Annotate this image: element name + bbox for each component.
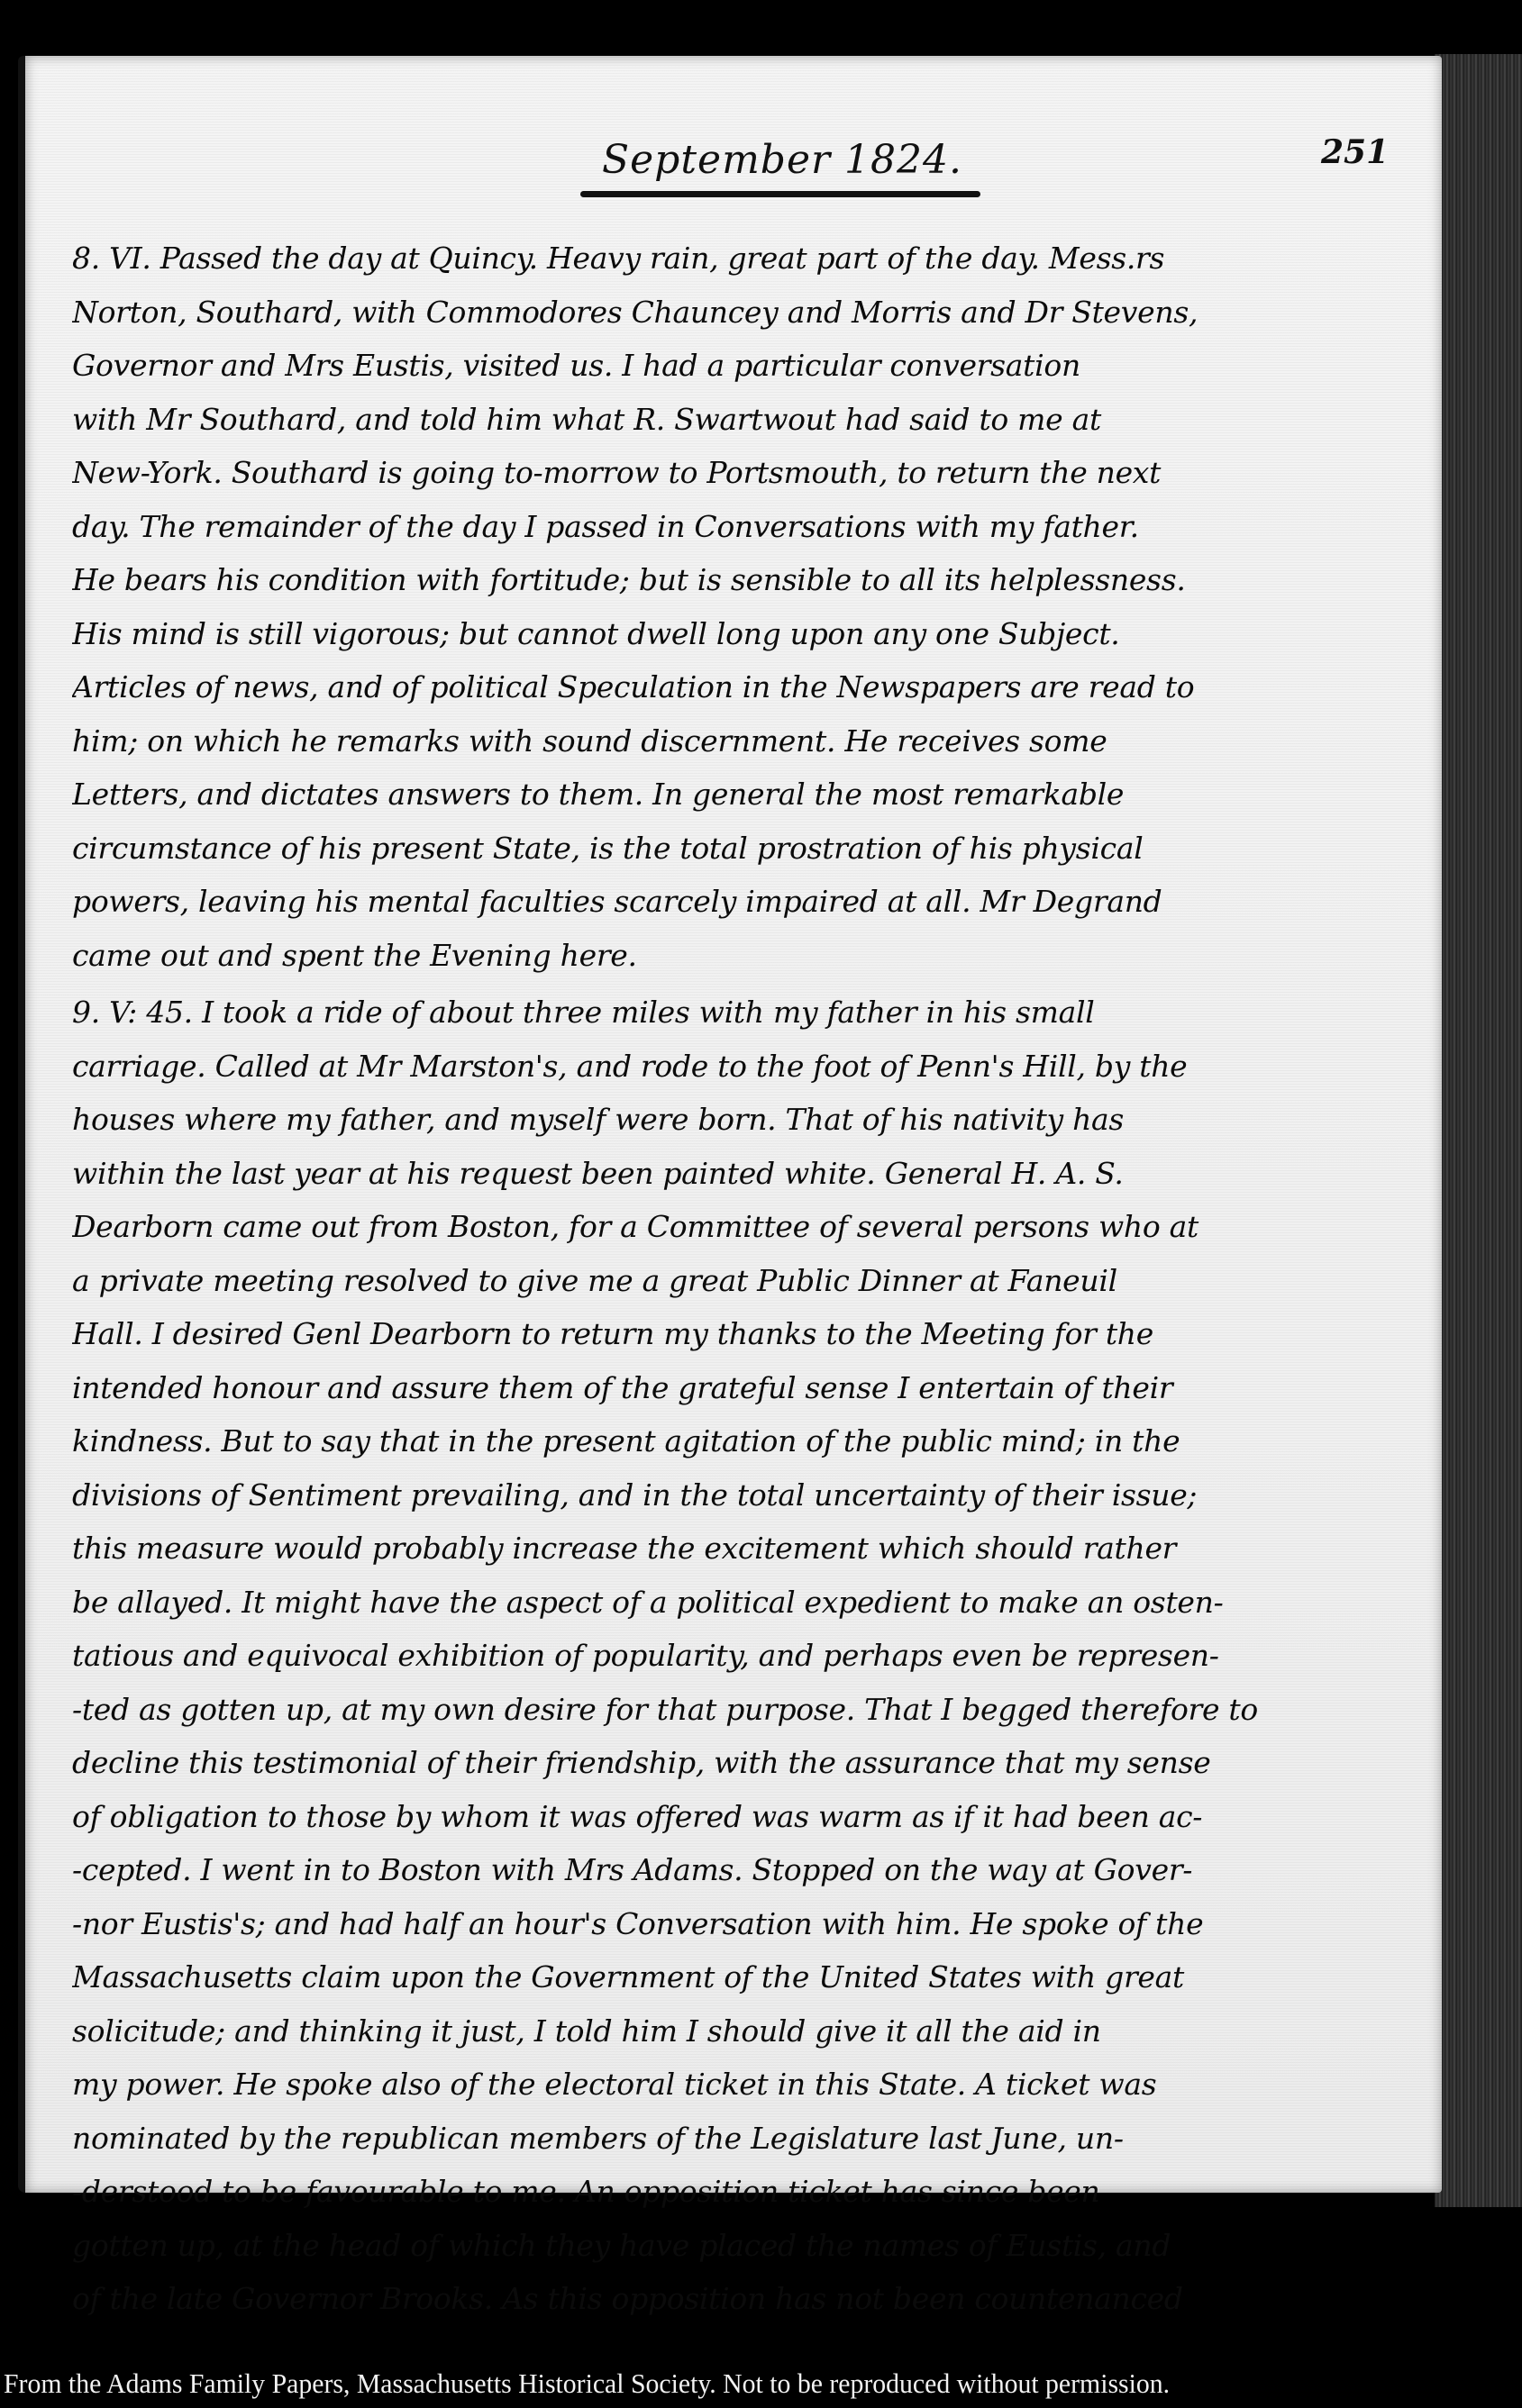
text-line: Letters, and dictates answers to them. I… [72, 768, 1442, 822]
text-line: solicitude; and thinking it just, I told… [72, 2004, 1442, 2058]
text-line: day. The remainder of the day I passed i… [72, 500, 1442, 554]
manuscript-page: September 1824. 251 8. VI. Passed the da… [18, 56, 1442, 2193]
text-line: carriage. Called at Mr Marston's, and ro… [72, 1040, 1442, 1094]
heading-underline [580, 191, 980, 197]
manuscript-text: 8. VI. Passed the day at Quincy. Heavy r… [72, 232, 1442, 2326]
page-number: 251 [1321, 133, 1389, 171]
text-line: New-York. Southard is going to-morrow to… [72, 446, 1442, 500]
text-line: Governor and Mrs Eustis, visited us. I h… [72, 339, 1442, 393]
text-line: kindness. But to say that in the present… [72, 1414, 1442, 1468]
text-line: this measure would probably increase the… [72, 1522, 1442, 1576]
text-line: within the last year at his request been… [72, 1147, 1442, 1201]
text-line: came out and spent the Evening here. [72, 929, 1442, 983]
text-line: my power. He spoke also of the electoral… [72, 2058, 1442, 2112]
text-line: 9. V: 45. I took a ride of about three m… [72, 986, 1442, 1040]
text-line: Hall. I desired Genl Dearborn to return … [72, 1307, 1442, 1361]
text-line: a private meeting resolved to give me a … [72, 1254, 1442, 1308]
text-line: Norton, Southard, with Commodores Chaunc… [72, 286, 1442, 340]
page-heading: September 1824. [566, 137, 998, 183]
text-line: nominated by the republican members of t… [72, 2112, 1442, 2166]
text-line: Massachusetts claim upon the Government … [72, 1950, 1442, 2004]
book-page-edges [1435, 54, 1522, 2207]
text-line: decline this testimonial of their friend… [72, 1736, 1442, 1790]
text-line: houses where my father, and myself were … [72, 1093, 1442, 1147]
text-line: -derstood to be favourable to me. An opp… [72, 2165, 1442, 2219]
text-line: He bears his condition with fortitude; b… [72, 553, 1442, 607]
text-line: gotten up, at the head of which they hav… [72, 2219, 1442, 2273]
text-line: Articles of news, and of political Specu… [72, 660, 1442, 714]
text-line: -cepted. I went in to Boston with Mrs Ad… [72, 1843, 1442, 1897]
copyright-caption: From the Adams Family Papers, Massachuse… [4, 2367, 1170, 2400]
text-line: him; on which he remarks with sound disc… [72, 714, 1442, 768]
text-line: powers, leaving his mental faculties sca… [72, 875, 1442, 929]
text-line: of the late Governor Brooks. As this opp… [72, 2272, 1442, 2326]
text-line: be allayed. It might have the aspect of … [72, 1576, 1442, 1630]
text-line: -nor Eustis's; and had half an hour's Co… [72, 1897, 1442, 1951]
text-line: Dearborn came out from Boston, for a Com… [72, 1200, 1442, 1254]
text-line: His mind is still vigorous; but cannot d… [72, 607, 1442, 661]
text-line: -ted as gotten up, at my own desire for … [72, 1683, 1442, 1737]
text-line: divisions of Sentiment prevailing, and i… [72, 1468, 1442, 1522]
text-line: of obligation to those by whom it was of… [72, 1790, 1442, 1844]
text-line: tatious and equivocal exhibition of popu… [72, 1629, 1442, 1683]
text-line: 8. VI. Passed the day at Quincy. Heavy r… [72, 232, 1442, 286]
text-line: with Mr Southard, and told him what R. S… [72, 393, 1442, 447]
text-line: circumstance of his present State, is th… [72, 822, 1442, 876]
text-line: intended honour and assure them of the g… [72, 1361, 1442, 1415]
